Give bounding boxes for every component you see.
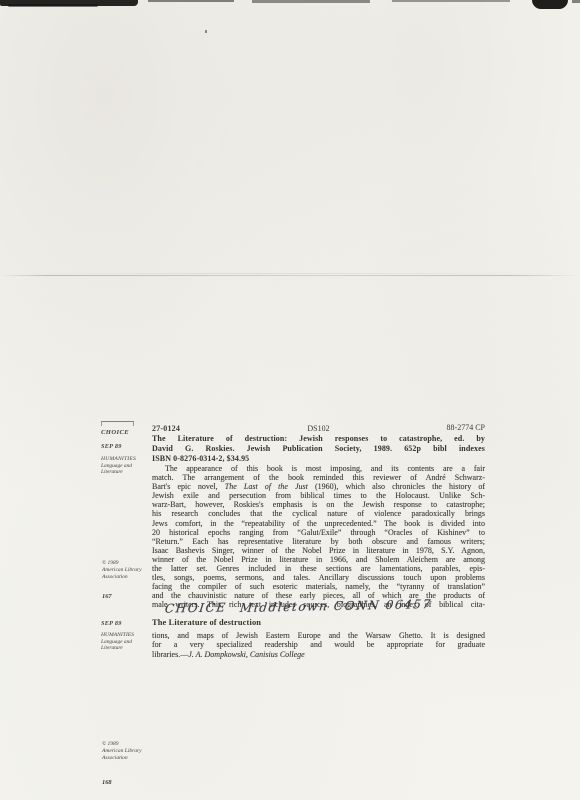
text-segment: winner of the Nobel Prize in literature … — [152, 555, 485, 564]
text-segment: (1960), which also chronicles the histor… — [308, 482, 485, 491]
text-line: Jewish exile and persecution from biblic… — [152, 491, 485, 500]
citation-publisher-line: David G. Roskies. Jewish Publication Soc… — [152, 444, 485, 454]
margin-copyright-block: © 1989 American Library Association — [102, 560, 148, 581]
margin-page-number: 167 — [102, 593, 112, 600]
text-segment: tles, songs, poems, sermons, and tales. … — [152, 573, 485, 582]
review1-body: The appearance of this book is most impo… — [152, 464, 485, 610]
text-segment: Isaac Bashevis Singer, winner of the Nob… — [152, 546, 485, 555]
scan-edge-mark — [252, 0, 370, 3]
entry-header-row: 88-2774 CP — [152, 423, 485, 432]
margin-rule — [101, 421, 134, 426]
text-segment: Bart's epic novel, — [152, 482, 225, 491]
copyright-organization: American Library Association — [102, 748, 142, 762]
scan-edge-mark — [532, 0, 568, 9]
text-line: tles, songs, poems, sermons, and tales. … — [152, 573, 485, 582]
margin-subsection-label: Language and Literature — [101, 639, 145, 652]
paper-fold-line — [0, 273, 580, 274]
review2-heading: The Literature of destruction — [152, 618, 261, 627]
text-line: match. The arrangement of the book remin… — [152, 473, 485, 482]
text-line: winner of the Nobel Prize in literature … — [152, 555, 485, 564]
scan-edge-mark — [148, 0, 234, 2]
text-line: facing the compiler of such esoteric mat… — [152, 582, 485, 591]
text-line: warz-Bart, however, Roskies's emphasis i… — [152, 500, 485, 509]
card-number: 88-2774 CP — [447, 423, 485, 432]
margin-section-label: HUMANITIES — [101, 632, 151, 638]
copyright-organization: American Library Association — [102, 567, 142, 581]
citation-title-line: The Literature of destruction: Jewish re… — [152, 434, 485, 444]
text-line: the latter set. Genres included in these… — [152, 564, 485, 573]
copyright-year: © 1989 — [102, 560, 148, 567]
scanned-page: CHOICE SEP 89 HUMANITIES Language and Li… — [0, 0, 580, 800]
margin-issue-date: SEP 89 — [101, 620, 151, 627]
text-line: Jews comfort, in the “repeatability of t… — [152, 519, 485, 528]
margin-page-number: 168 — [102, 779, 112, 786]
handwritten-publication: CHOICE — [164, 600, 227, 615]
text-line: Isaac Bashevis Singer, winner of the Nob… — [152, 546, 485, 555]
text-segment: “Return.” Each has representative litera… — [152, 537, 485, 546]
copyright-year: © 1989 — [102, 741, 148, 748]
scan-edge-mark — [572, 0, 580, 3]
text-segment: The Last of the Just — [225, 482, 308, 491]
text-segment: match. The arrangement of the book remin… — [152, 473, 485, 482]
margin-copyright-block: © 1989 American Library Association — [102, 741, 148, 762]
text-line: for a very specialized readership and wo… — [152, 640, 485, 649]
text-segment: Jewish exile and persecution from biblic… — [152, 491, 485, 500]
scan-edge-mark — [392, 0, 510, 2]
text-segment: J. A. Dompkowski, Canisius College — [188, 650, 305, 659]
text-line: 20 historical epochs ranging from “Galut… — [152, 528, 485, 537]
text-segment: Jews comfort, in the “repeatability of t… — [152, 519, 485, 528]
text-segment: warz-Bart, however, Roskies's emphasis i… — [152, 500, 485, 509]
scan-speck — [205, 30, 207, 33]
text-segment: facing the compiler of such esoteric mat… — [152, 582, 485, 591]
citation-block: The Literature of destruction: Jewish re… — [152, 434, 485, 465]
margin-issue-date: SEP 89 — [101, 443, 151, 450]
margin-subsection-label: Language and Literature — [101, 463, 145, 476]
text-segment: libraries.— — [152, 650, 188, 659]
text-segment: his research concludes that the cyclical… — [152, 509, 485, 518]
text-segment: 20 historical epochs ranging from “Galut… — [152, 528, 485, 537]
paper-fold-line — [0, 275, 580, 276]
margin-section-label: HUMANITIES — [101, 456, 151, 462]
text-line: his research concludes that the cyclical… — [152, 509, 485, 518]
text-line: “Return.” Each has representative litera… — [152, 537, 485, 546]
review2-body: tions, and maps of Jewish Eastern Europe… — [152, 631, 485, 659]
text-line: The appearance of this book is most impo… — [152, 464, 485, 473]
text-line: tions, and maps of Jewish Eastern Europe… — [152, 631, 485, 640]
text-segment: the latter set. Genres included in these… — [152, 564, 485, 573]
text-line: libraries.—J. A. Dompkowski, Canisius Co… — [152, 650, 485, 659]
text-segment: tions, and maps of Jewish Eastern Europe… — [152, 631, 485, 640]
text-segment: The appearance of this book is most impo… — [165, 464, 485, 473]
scan-edge-mark — [8, 4, 98, 7]
margin-publication-label: CHOICE — [101, 429, 151, 436]
text-line: Bart's epic novel, The Last of the Just … — [152, 482, 485, 491]
handwritten-address: Middletown CONN 06457 — [239, 597, 433, 615]
text-segment: for a very specialized readership and wo… — [152, 640, 485, 649]
